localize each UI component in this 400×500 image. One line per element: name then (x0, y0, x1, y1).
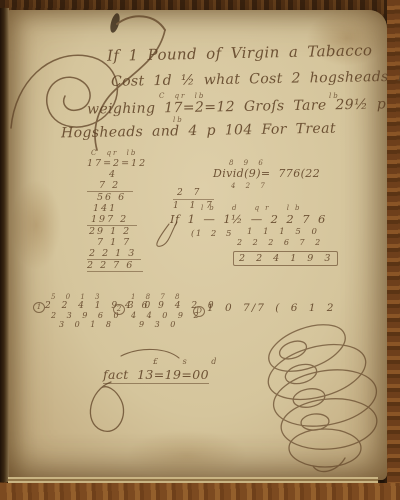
paper-stain (127, 430, 247, 480)
heading-line-3: weighing 17=2=12 Groſs Tare 29½ p (87, 96, 386, 117)
division-scratch-main: Divid(9)= 776(22 (213, 167, 320, 180)
work-row: 29 1 2 (87, 226, 147, 237)
superscript-cwt-qr-lb: C qr lb (159, 92, 205, 100)
division-mark-3: D (193, 306, 205, 317)
work-row: 7 1 7 (87, 237, 147, 248)
group1-sub1: 2 3 9 6 0 (51, 311, 121, 320)
rule-units-superscript: lb d qr lb (201, 204, 305, 212)
ink-blot-curve (117, 16, 165, 30)
heading-line-2: Cost 1d ½ what Cost 2 hogsheads Each (111, 68, 400, 90)
paper-stain (11, 180, 61, 270)
work-row: 7 2 (87, 180, 133, 192)
book-gutter-page-edges (0, 8, 9, 482)
group3-main: 1 0 7/7 ( 6 1 2 (207, 302, 335, 314)
heading-line-1: If 1 Pound of Virgin a Tabacco (107, 41, 373, 65)
facit-answer-line: fact 13=19=00 (103, 367, 209, 384)
work-mid-stack-top: 2 7 (177, 188, 201, 198)
rule-sub-middle-2: 2 2 2 6 7 2 (237, 238, 322, 247)
heading-line-4: Hogsheads and 4 p 104 For Treat (61, 121, 336, 142)
work-column: 17=2=12 4 7 2 56 6 141 197 2 29 1 2 7 1 … (87, 158, 147, 272)
rule-sub-left: (1 2 5 (191, 229, 233, 239)
superscript-lb-tare: lb (329, 92, 340, 100)
division-mark-2: 2 (113, 304, 125, 315)
division-mark-1: 1 (33, 302, 45, 313)
group2-top: 1 8 7 8 (131, 293, 182, 301)
wood-table-bottom (0, 483, 400, 500)
work-row: 2 2 7 6 (87, 260, 143, 272)
photo-of-manuscript: { "photo": { "wood_color": "#4e2e13", "p… (0, 0, 400, 500)
group2-sub1: 4 4 0 9 2 (131, 311, 201, 320)
group1-sub2: 3 0 1 8 (59, 320, 113, 329)
work-column-units-header: C qr lb (91, 149, 137, 157)
division-scratch-below: 4 2 7 (231, 182, 267, 190)
work-row: 2 2 1 3 (87, 248, 141, 260)
group1-top: 5 0 1 3 (51, 293, 102, 301)
work-row: 17=2=12 (87, 158, 147, 169)
corner-doodle-flourish (262, 316, 381, 472)
work-row: 4 (87, 169, 147, 180)
facit-oval-flourish (90, 382, 123, 431)
rule-boxed-result: 2 2 4 1 9 3 (233, 251, 338, 266)
rule-of-three-line: If 1 — 1½ — 2 2 7 6 (170, 212, 326, 226)
superscript-lb-tret: lb (173, 116, 184, 124)
group2-sub2: 9 3 0 (139, 320, 177, 329)
manuscript-page: If 1 Pound of Virgin a Tabacco Cost 1d ½… (7, 10, 387, 480)
facit-pounds-shillings-pence-superscript: £ s d (153, 357, 225, 366)
division-scratch-above: 8 9 6 (229, 159, 265, 167)
ink-blot (109, 12, 122, 33)
work-row: 56 6 (87, 192, 147, 203)
rule-sub-middle: 1 1 1 5 0 (247, 227, 319, 237)
work-row: 197 2 (87, 214, 137, 226)
work-row: 141 (87, 203, 147, 214)
